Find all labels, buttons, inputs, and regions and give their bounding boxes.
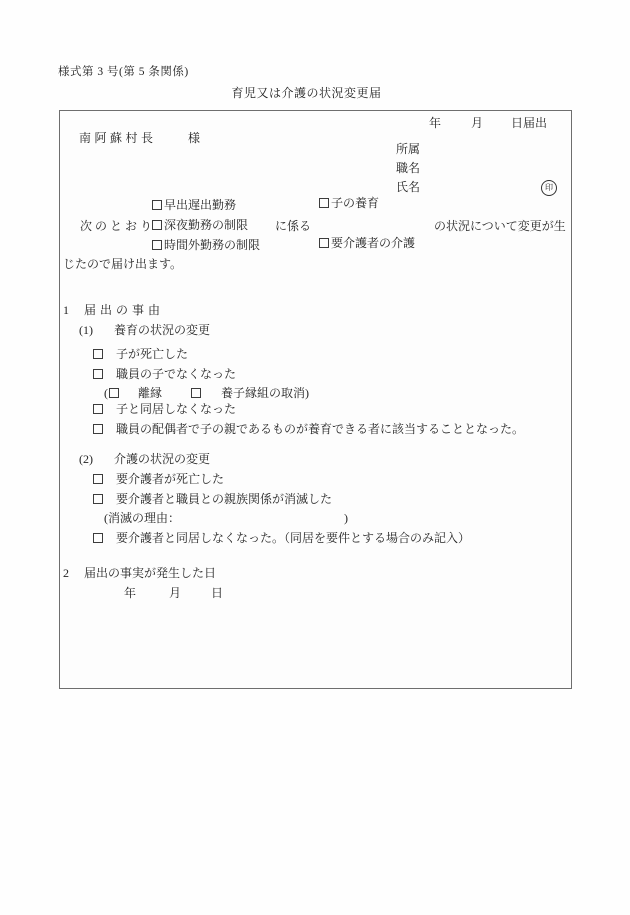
checkbox-night-work-limit[interactable] bbox=[152, 220, 162, 230]
checkbox-child-died[interactable] bbox=[93, 349, 103, 359]
check-item: 要介護者と職員との親族関係が消滅した bbox=[93, 493, 332, 505]
section2-title: 届出の事実が発生した日 bbox=[84, 567, 216, 579]
page-title: 育児又は介護の状況変更届 bbox=[0, 87, 613, 99]
position-label: 職名 bbox=[396, 162, 420, 174]
intro-tail-line1: の状況について変更が生 bbox=[434, 220, 566, 232]
work-option-label: 早出遅出勤務 bbox=[164, 199, 236, 211]
work-option-label: 深夜勤務の制限 bbox=[164, 219, 248, 231]
checkbox-adoption-cancelled[interactable] bbox=[191, 388, 201, 398]
section1-title: 届出の事由 bbox=[84, 304, 164, 316]
work-option-row: 早出遅出勤務 bbox=[152, 199, 236, 211]
divorce-option-label: 離縁 bbox=[138, 387, 162, 399]
adoption-option-label: 養子縁組の取消 bbox=[221, 387, 305, 399]
check-item: 子と同居しなくなった bbox=[93, 403, 236, 415]
checkbox-spouse-can-provide-care[interactable] bbox=[93, 424, 103, 434]
subsection2-number: (2) bbox=[79, 453, 93, 465]
check-item: 要介護者と同居しなくなった。（同居を要件とする場合のみ記入） bbox=[93, 532, 470, 544]
care-option-row: 要介護者の介護 bbox=[319, 237, 415, 249]
checkbox-childcare[interactable] bbox=[319, 198, 329, 208]
intro-connector: に係る bbox=[275, 220, 311, 232]
check-item: 子が死亡した bbox=[93, 348, 188, 360]
check-item-label: 要介護者と職員との親族関係が消滅した bbox=[116, 493, 332, 505]
work-option-row: 時間外勤務の制限 bbox=[152, 239, 260, 251]
submit-date-year-label: 年 bbox=[429, 117, 441, 129]
checkbox-divorce[interactable] bbox=[109, 388, 119, 398]
checkbox-caregiving[interactable] bbox=[319, 238, 329, 248]
document-page: 様式第 3 号(第 5 条関係) 育児又は介護の状況変更届 年 月 日届出 南阿… bbox=[0, 0, 630, 915]
subsection2-title: 介護の状況の変更 bbox=[114, 453, 210, 465]
addressee: 南阿蘇村長 bbox=[79, 132, 157, 144]
check-item: 職員の配偶者で子の親であるものが養育できる者に該当することとなった。 bbox=[93, 423, 524, 435]
care-option-row: 子の養育 bbox=[319, 197, 379, 209]
care-option-label: 要介護者の介護 bbox=[331, 237, 415, 249]
checkbox-overtime-limit[interactable] bbox=[152, 240, 162, 250]
intro-tail-line2: じたので届け出ます。 bbox=[63, 258, 182, 270]
submit-date-month-label: 月 bbox=[471, 117, 483, 129]
event-date-month-label: 月 bbox=[169, 587, 181, 599]
check-item: 要介護者が死亡した bbox=[93, 473, 224, 485]
subsection1-number: (1) bbox=[79, 324, 93, 336]
checkbox-no-longer-employees-child[interactable] bbox=[93, 369, 103, 379]
section1-number: 1 bbox=[63, 304, 69, 316]
event-date-year-label: 年 bbox=[124, 587, 136, 599]
form-number: 様式第 3 号(第 5 条関係) bbox=[58, 67, 189, 79]
check-item-label: 要介護者が死亡した bbox=[116, 473, 224, 485]
check-item-label: 子が死亡した bbox=[116, 348, 188, 360]
check-item-label: 職員の配偶者で子の親であるものが養育できる者に該当することとなった。 bbox=[116, 423, 524, 435]
work-option-row: 深夜勤務の制限 bbox=[152, 219, 248, 231]
checkbox-kinship-dissolved[interactable] bbox=[93, 494, 103, 504]
checkbox-care-recipient-died[interactable] bbox=[93, 474, 103, 484]
event-date-day-label: 日 bbox=[211, 587, 223, 599]
dissolution-reason-close: ) bbox=[344, 512, 348, 524]
check-item-label: 子と同居しなくなった bbox=[116, 403, 236, 415]
checkbox-early-late-work[interactable] bbox=[152, 200, 162, 210]
checkbox-no-longer-living-with-care-recipient[interactable] bbox=[93, 533, 103, 543]
form-box: 年 月 日届出 南阿蘇村長 様 所属 職名 氏名 印 早出遅出勤務 次のとおり … bbox=[59, 110, 572, 689]
seal-icon: 印 bbox=[541, 180, 557, 196]
check-item-label: 職員の子でなくなった bbox=[116, 368, 236, 380]
paren-open: ( bbox=[104, 387, 108, 399]
check-item: 職員の子でなくなった bbox=[93, 368, 236, 380]
submit-date-day-label: 日届出 bbox=[511, 117, 547, 129]
intro-lead: 次のとおり bbox=[80, 220, 155, 232]
subsection1-title: 養育の状況の変更 bbox=[114, 324, 210, 336]
care-option-label: 子の養育 bbox=[331, 197, 379, 209]
section2-number: 2 bbox=[63, 567, 69, 579]
addressee-honorific: 様 bbox=[188, 132, 200, 144]
checkbox-no-longer-living-with-child[interactable] bbox=[93, 404, 103, 414]
dissolution-reason-label: (消滅の理由： bbox=[104, 512, 180, 524]
name-label: 氏名 bbox=[396, 181, 420, 193]
affiliation-label: 所属 bbox=[396, 143, 420, 155]
work-option-label: 時間外勤務の制限 bbox=[164, 239, 260, 251]
paren-close: ) bbox=[305, 387, 309, 399]
check-item-label: 要介護者と同居しなくなった。（同居を要件とする場合のみ記入） bbox=[116, 532, 470, 544]
